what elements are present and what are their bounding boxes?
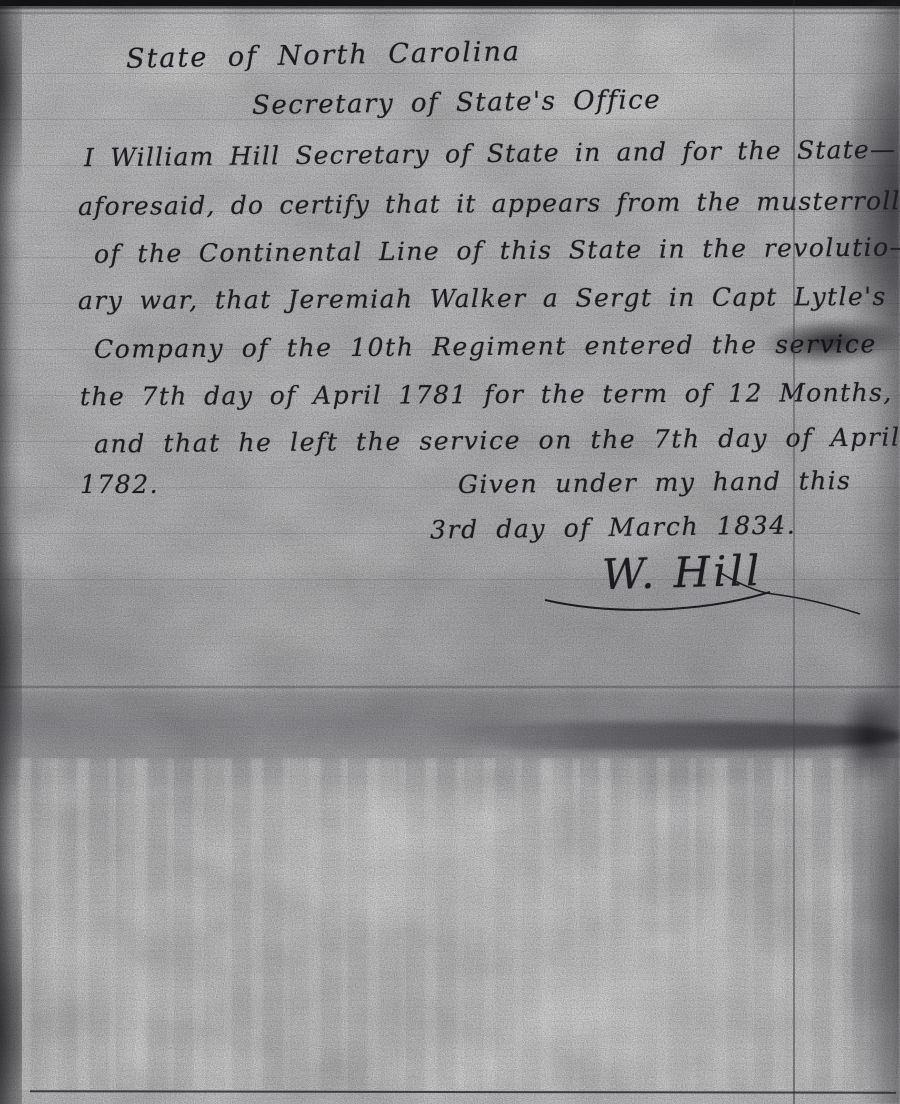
vertical-white-streaks — [0, 758, 900, 1090]
scanned-document-page: State of North Carolina Secretary of Sta… — [0, 0, 900, 1104]
bottom-edge-line — [30, 1090, 896, 1094]
top-edge-dark-bar — [0, 0, 900, 10]
middle-shadow-band — [0, 575, 900, 785]
ruled-guide-lines — [0, 28, 900, 583]
top-edge-crease-line — [0, 12, 900, 14]
